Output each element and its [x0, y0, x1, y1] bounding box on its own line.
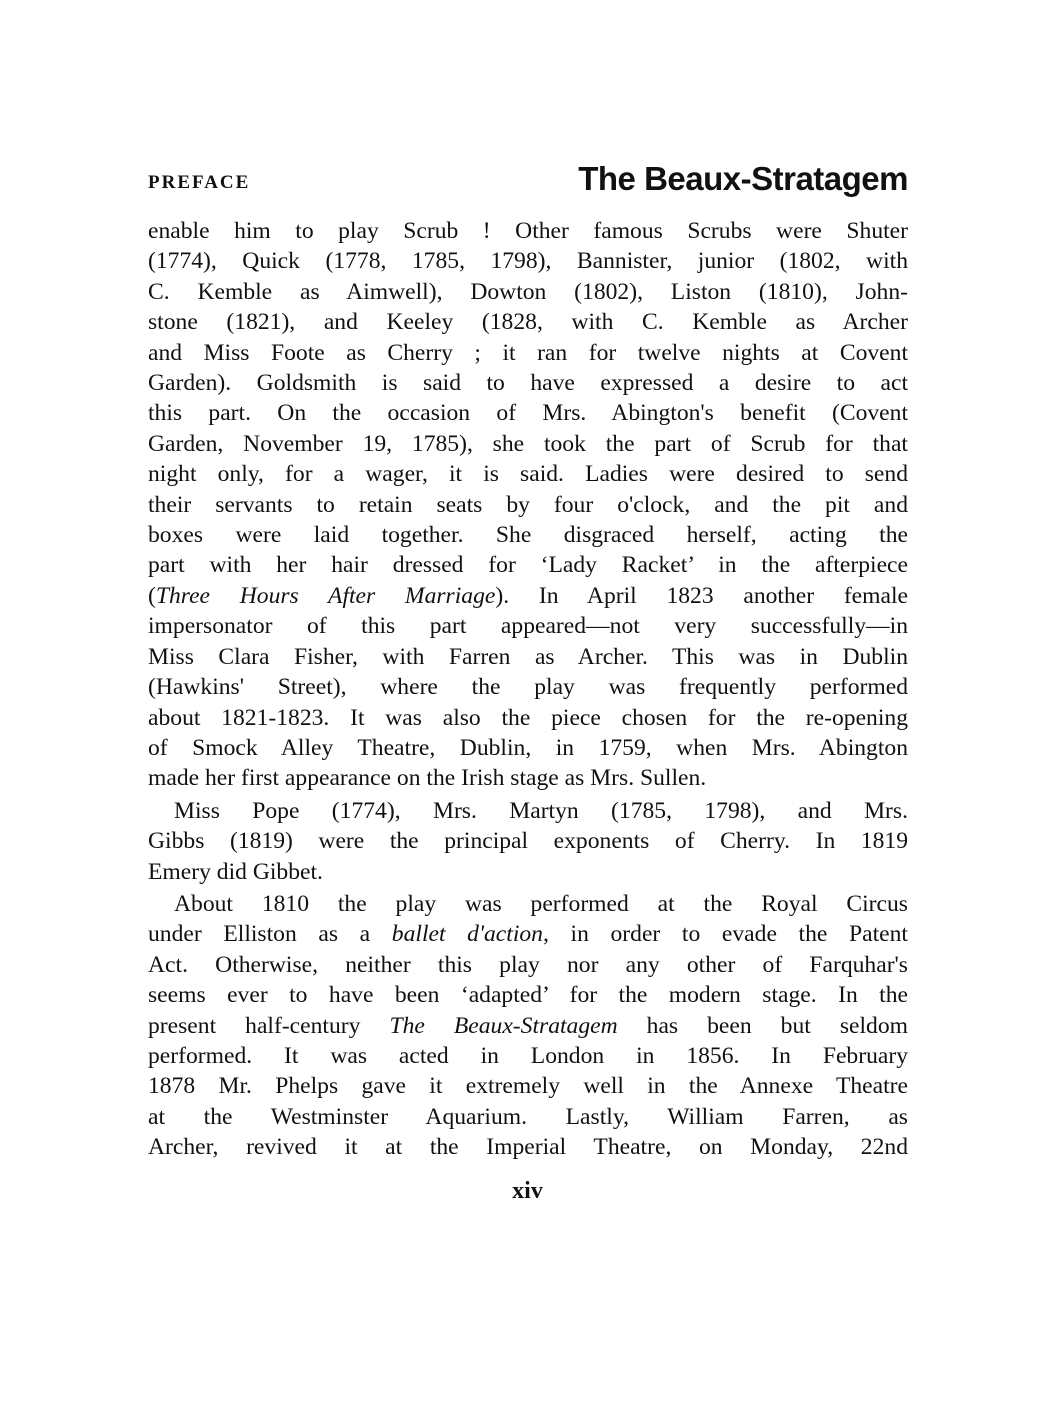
- text-line-italic: (Three Hours After Marriage). In April 1…: [148, 581, 908, 611]
- text-line: seems ever to have been ‘adapted’ for th…: [148, 980, 908, 1010]
- text-line: Archer, revived it at the Imperial Theat…: [148, 1132, 908, 1162]
- text-line: Miss Clara Fisher, with Farren as Archer…: [148, 642, 908, 672]
- running-header-section: PREFACE: [148, 172, 250, 194]
- text-line: and Miss Foote as Cherry ; it ran for tw…: [148, 338, 908, 368]
- running-header-title: The Beaux-Stratagem: [578, 160, 908, 198]
- text-line: Emery did Gibbet.: [148, 857, 908, 887]
- running-header: PREFACE The Beaux-Stratagem: [148, 160, 908, 200]
- text-line: night only, for a wager, it is said. Lad…: [148, 459, 908, 489]
- paragraph-2: Miss Pope (1774), Mrs. Martyn (1785, 179…: [148, 796, 908, 887]
- text-line-italic: present half-century The Beaux-Stratagem…: [148, 1011, 908, 1041]
- text-line: Garden). Goldsmith is said to have expre…: [148, 368, 908, 398]
- text-line: made her first appearance on the Irish s…: [148, 763, 908, 793]
- text-line: Gibbs (1819) were the principal exponent…: [148, 826, 908, 856]
- text-line: boxes were laid together. She disgraced …: [148, 520, 908, 550]
- text-line: Garden, November 19, 1785), she took the…: [148, 429, 908, 459]
- text-line: Act. Otherwise, neither this play nor an…: [148, 950, 908, 980]
- text-line: impersonator of this part appeared—not v…: [148, 611, 908, 641]
- text-line: About 1810 the play was performed at the…: [148, 889, 908, 919]
- text-line: (Hawkins' Street), where the play was fr…: [148, 672, 908, 702]
- text-line: part with her hair dressed for ‘Lady Rac…: [148, 550, 908, 580]
- paragraph-3: About 1810 the play was performed at the…: [148, 889, 908, 1163]
- text-line: C. Kemble as Aimwell), Dowton (1802), Li…: [148, 277, 908, 307]
- text-line: Miss Pope (1774), Mrs. Martyn (1785, 179…: [148, 796, 908, 826]
- text-line-italic: under Elliston as a ballet d'action, in …: [148, 919, 908, 949]
- text-line: stone (1821), and Keeley (1828, with C. …: [148, 307, 908, 337]
- text-line: 1878 Mr. Phelps gave it extremely well i…: [148, 1071, 908, 1101]
- paragraph-1: enable him to play Scrub ! Other famous …: [148, 216, 908, 794]
- text-line: (1774), Quick (1778, 1785, 1798), Bannis…: [148, 246, 908, 276]
- body-text: enable him to play Scrub ! Other famous …: [148, 216, 908, 1163]
- text-line: their servants to retain seats by four o…: [148, 490, 908, 520]
- text-line: this part. On the occasion of Mrs. Abing…: [148, 398, 908, 428]
- text-line: performed. It was acted in London in 185…: [148, 1041, 908, 1071]
- text-line: enable him to play Scrub ! Other famous …: [148, 216, 908, 246]
- text-line: about 1821-1823. It was also the piece c…: [148, 703, 908, 733]
- page-number: xiv: [0, 1178, 1055, 1205]
- text-line: of Smock Alley Theatre, Dublin, in 1759,…: [148, 733, 908, 763]
- text-line: at the Westminster Aquarium. Lastly, Wil…: [148, 1102, 908, 1132]
